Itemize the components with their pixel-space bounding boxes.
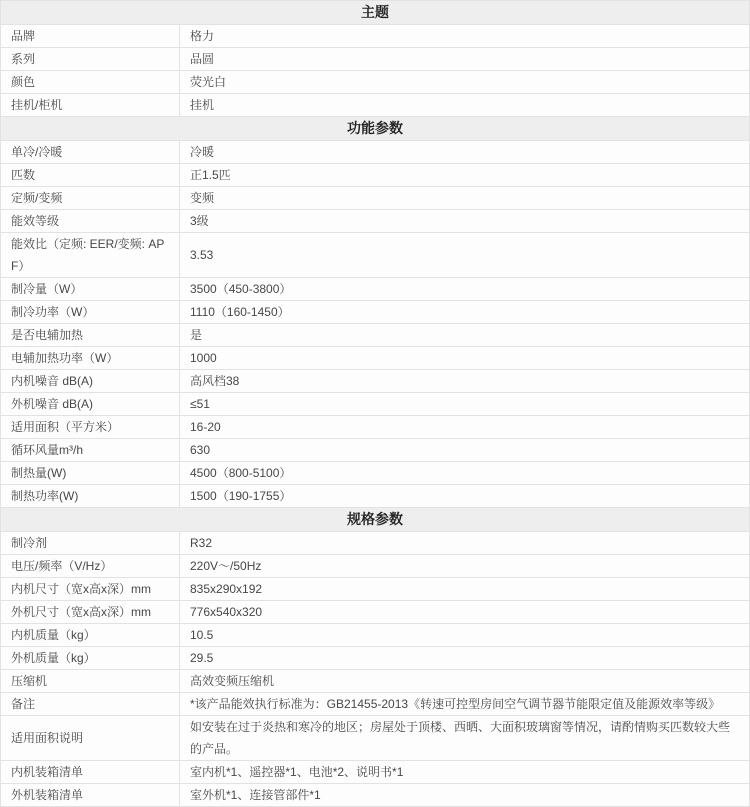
- spec-label: 制冷功率（W）: [1, 301, 180, 324]
- spec-value: 776x540x320: [180, 601, 750, 624]
- spec-value: 挂机: [180, 94, 750, 117]
- spec-value: 品圆: [180, 48, 750, 71]
- spec-label: 适用面积说明: [1, 716, 180, 761]
- spec-label: 外机装箱清单: [1, 784, 180, 807]
- spec-row: 制冷功率（W）1110（160-1450）: [1, 301, 750, 324]
- spec-row: 循环风量m³/h630: [1, 439, 750, 462]
- spec-value: 835x290x192: [180, 578, 750, 601]
- spec-label: 外机质量（kg）: [1, 647, 180, 670]
- spec-value: 高风档38: [180, 370, 750, 393]
- spec-label: 电压/频率（V/Hz）: [1, 555, 180, 578]
- spec-value: ≤51: [180, 393, 750, 416]
- product-spec-table: 主题品牌格力系列品圆颜色荧光白挂机/柜机挂机功能参数单冷/冷暖冷暖匹数正1.5匹…: [0, 0, 750, 807]
- section-header-row: 功能参数: [1, 117, 750, 141]
- section-header: 主题: [1, 1, 750, 25]
- spec-value: 高效变频压缩机: [180, 670, 750, 693]
- spec-value: 3500（450-3800）: [180, 278, 750, 301]
- spec-value: 29.5: [180, 647, 750, 670]
- spec-value: 4500（800-5100）: [180, 462, 750, 485]
- spec-value: 1500（190-1755）: [180, 485, 750, 508]
- spec-row: 外机尺寸（宽x高x深）mm776x540x320: [1, 601, 750, 624]
- spec-row: 制热功率(W)1500（190-1755）: [1, 485, 750, 508]
- spec-label: 是否电辅加热: [1, 324, 180, 347]
- spec-label: 外机尺寸（宽x高x深）mm: [1, 601, 180, 624]
- spec-row: 内机噪音 dB(A)高风档38: [1, 370, 750, 393]
- spec-label: 品牌: [1, 25, 180, 48]
- spec-value: 3.53: [180, 233, 750, 278]
- spec-row: 制热量(W)4500（800-5100）: [1, 462, 750, 485]
- section-header-row: 主题: [1, 1, 750, 25]
- spec-label: 外机噪音 dB(A): [1, 393, 180, 416]
- spec-row: 压缩机高效变频压缩机: [1, 670, 750, 693]
- section-header: 功能参数: [1, 117, 750, 141]
- spec-row: 单冷/冷暖冷暖: [1, 141, 750, 164]
- spec-row: 外机装箱清单室外机*1、连接管部件*1: [1, 784, 750, 807]
- spec-value: 室外机*1、连接管部件*1: [180, 784, 750, 807]
- spec-label: 定频/变频: [1, 187, 180, 210]
- spec-value: 220V～/50Hz: [180, 555, 750, 578]
- spec-row: 能效等级3级: [1, 210, 750, 233]
- spec-row: 内机装箱清单室内机*1、遥控器*1、电池*2、说明书*1: [1, 761, 750, 784]
- spec-label: 挂机/柜机: [1, 94, 180, 117]
- spec-label: 颜色: [1, 71, 180, 94]
- spec-value: 格力: [180, 25, 750, 48]
- spec-value: R32: [180, 532, 750, 555]
- product-spec-page: 主题品牌格力系列品圆颜色荧光白挂机/柜机挂机功能参数单冷/冷暖冷暖匹数正1.5匹…: [0, 0, 750, 807]
- spec-label: 制冷量（W）: [1, 278, 180, 301]
- spec-label: 能效等级: [1, 210, 180, 233]
- spec-row: 内机质量（kg）10.5: [1, 624, 750, 647]
- spec-value: 16-20: [180, 416, 750, 439]
- spec-label: 能效比（定频: EER/变频: APF）: [1, 233, 180, 278]
- spec-row: 外机质量（kg）29.5: [1, 647, 750, 670]
- spec-row: 挂机/柜机挂机: [1, 94, 750, 117]
- spec-row: 适用面积说明如安装在过于炎热和寒冷的地区；房屋处于顶楼、西晒、大面积玻璃窗等情况…: [1, 716, 750, 761]
- spec-row: 内机尺寸（宽x高x深）mm835x290x192: [1, 578, 750, 601]
- spec-value: 630: [180, 439, 750, 462]
- spec-label: 内机装箱清单: [1, 761, 180, 784]
- spec-label: 制冷剂: [1, 532, 180, 555]
- spec-label: 内机质量（kg）: [1, 624, 180, 647]
- spec-label: 匹数: [1, 164, 180, 187]
- section-header: 规格参数: [1, 508, 750, 532]
- spec-label: 内机尺寸（宽x高x深）mm: [1, 578, 180, 601]
- spec-label: 单冷/冷暖: [1, 141, 180, 164]
- spec-label: 电辅加热功率（W）: [1, 347, 180, 370]
- spec-value: 是: [180, 324, 750, 347]
- spec-row: 品牌格力: [1, 25, 750, 48]
- spec-row: 适用面积（平方米）16-20: [1, 416, 750, 439]
- spec-row: 系列品圆: [1, 48, 750, 71]
- spec-row: 电压/频率（V/Hz）220V～/50Hz: [1, 555, 750, 578]
- spec-value: 如安装在过于炎热和寒冷的地区；房屋处于顶楼、西晒、大面积玻璃窗等情况，请酌情购买…: [180, 716, 750, 761]
- spec-row: 定频/变频变频: [1, 187, 750, 210]
- spec-value: 3级: [180, 210, 750, 233]
- spec-value: 1000: [180, 347, 750, 370]
- spec-label: 循环风量m³/h: [1, 439, 180, 462]
- spec-label: 系列: [1, 48, 180, 71]
- spec-row: 外机噪音 dB(A)≤51: [1, 393, 750, 416]
- spec-row: 制冷剂R32: [1, 532, 750, 555]
- spec-row: 备注*该产品能效执行标准为：GB21455-2013《转速可控型房间空气调节器节…: [1, 693, 750, 716]
- spec-label: 适用面积（平方米）: [1, 416, 180, 439]
- spec-row: 颜色荧光白: [1, 71, 750, 94]
- section-header-row: 规格参数: [1, 508, 750, 532]
- spec-row: 是否电辅加热是: [1, 324, 750, 347]
- spec-row: 制冷量（W）3500（450-3800）: [1, 278, 750, 301]
- spec-row: 匹数正1.5匹: [1, 164, 750, 187]
- spec-value: 10.5: [180, 624, 750, 647]
- spec-value: 1110（160-1450）: [180, 301, 750, 324]
- spec-value: 正1.5匹: [180, 164, 750, 187]
- spec-value: 冷暖: [180, 141, 750, 164]
- spec-label: 压缩机: [1, 670, 180, 693]
- spec-label: 备注: [1, 693, 180, 716]
- spec-value: 荧光白: [180, 71, 750, 94]
- spec-row: 能效比（定频: EER/变频: APF）3.53: [1, 233, 750, 278]
- spec-label: 制热量(W): [1, 462, 180, 485]
- spec-value: 变频: [180, 187, 750, 210]
- spec-label: 制热功率(W): [1, 485, 180, 508]
- spec-value: *该产品能效执行标准为：GB21455-2013《转速可控型房间空气调节器节能限…: [180, 693, 750, 716]
- spec-value: 室内机*1、遥控器*1、电池*2、说明书*1: [180, 761, 750, 784]
- spec-row: 电辅加热功率（W）1000: [1, 347, 750, 370]
- spec-table-body: 主题品牌格力系列品圆颜色荧光白挂机/柜机挂机功能参数单冷/冷暖冷暖匹数正1.5匹…: [1, 1, 750, 807]
- spec-label: 内机噪音 dB(A): [1, 370, 180, 393]
